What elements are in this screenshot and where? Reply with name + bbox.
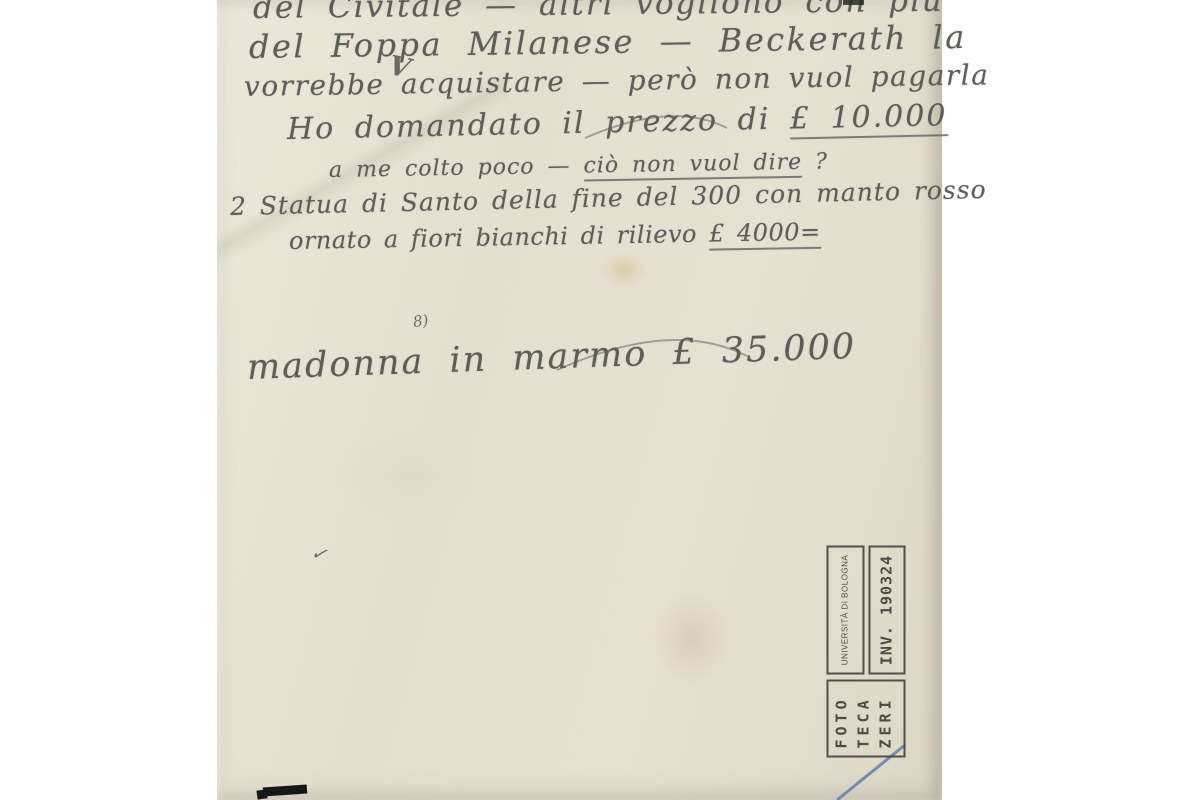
line-text: madonna in marmo £ 35.000 bbox=[246, 327, 857, 388]
handwritten-line-3: vorrebbe acquistare — però non vuol paga… bbox=[244, 58, 990, 103]
stamp-university-label: UNIVERSITÀ DI BOLOGNA bbox=[827, 546, 865, 675]
line-text: del Foppa Milanese — Beckerath la bbox=[249, 18, 967, 66]
line-text: Ho domandato il prezzo di bbox=[287, 101, 791, 147]
underlined-price: £ 10.000 bbox=[790, 98, 948, 139]
handwritten-line-2: del Foppa Milanese — Beckerath la bbox=[249, 18, 967, 66]
archive-stamp-inner: FOTO TECA ZERI UNIVERSITÀ DI BOLOGNA INV… bbox=[827, 546, 906, 758]
handwritten-line-7: ornato a fiori bianchi di rilievo £ 4000… bbox=[289, 218, 821, 255]
paper-stain bbox=[600, 252, 648, 288]
check-mark-icon: ✓ bbox=[309, 541, 330, 566]
handwritten-line-madonna: madonna in marmo £ 35.000 bbox=[246, 327, 857, 388]
paper-sheet: del Civitale — altri vogliono con più de… bbox=[217, 0, 942, 800]
small-pencil-mark-icon: 8) bbox=[412, 311, 430, 331]
stamp-inventory-number: INV. 190324 bbox=[868, 546, 906, 675]
stamp-word-zeri: ZERI bbox=[875, 682, 897, 749]
handwritten-line-4: Ho domandato il prezzo di £ 10.000 bbox=[287, 98, 948, 147]
archive-stamp: FOTO TECA ZERI UNIVERSITÀ DI BOLOGNA INV… bbox=[827, 546, 906, 758]
line-text: a me colto poco — bbox=[329, 154, 584, 183]
underlined-price: £ 4000= bbox=[709, 218, 821, 251]
stamp-word-teca: TECA bbox=[853, 682, 875, 749]
underlined-text: ciò non vuol dire bbox=[583, 150, 802, 182]
line-text: ornato a fiori bianchi di rilievo bbox=[289, 220, 710, 255]
top-edge-ink-mark bbox=[843, 0, 864, 5]
stamp-university-box: UNIVERSITÀ DI BOLOGNA INV. 190324 bbox=[827, 546, 906, 675]
handwritten-line-5: a me colto poco — ciò non vuol dire ? bbox=[329, 149, 828, 183]
paper-shadow bbox=[337, 430, 477, 520]
printed-fragment-bottom bbox=[257, 784, 309, 800]
printed-fragment-bar bbox=[263, 784, 308, 796]
scan-viewport: del Civitale — altri vogliono con più de… bbox=[0, 0, 1200, 800]
line-text: vorrebbe acquistare — però non vuol paga… bbox=[244, 58, 990, 103]
line-text: ? bbox=[802, 149, 828, 174]
stamp-fototeca-zeri-box: FOTO TECA ZERI bbox=[827, 680, 906, 758]
stamp-word-foto: FOTO bbox=[832, 682, 854, 749]
paper-smudge bbox=[653, 592, 731, 684]
